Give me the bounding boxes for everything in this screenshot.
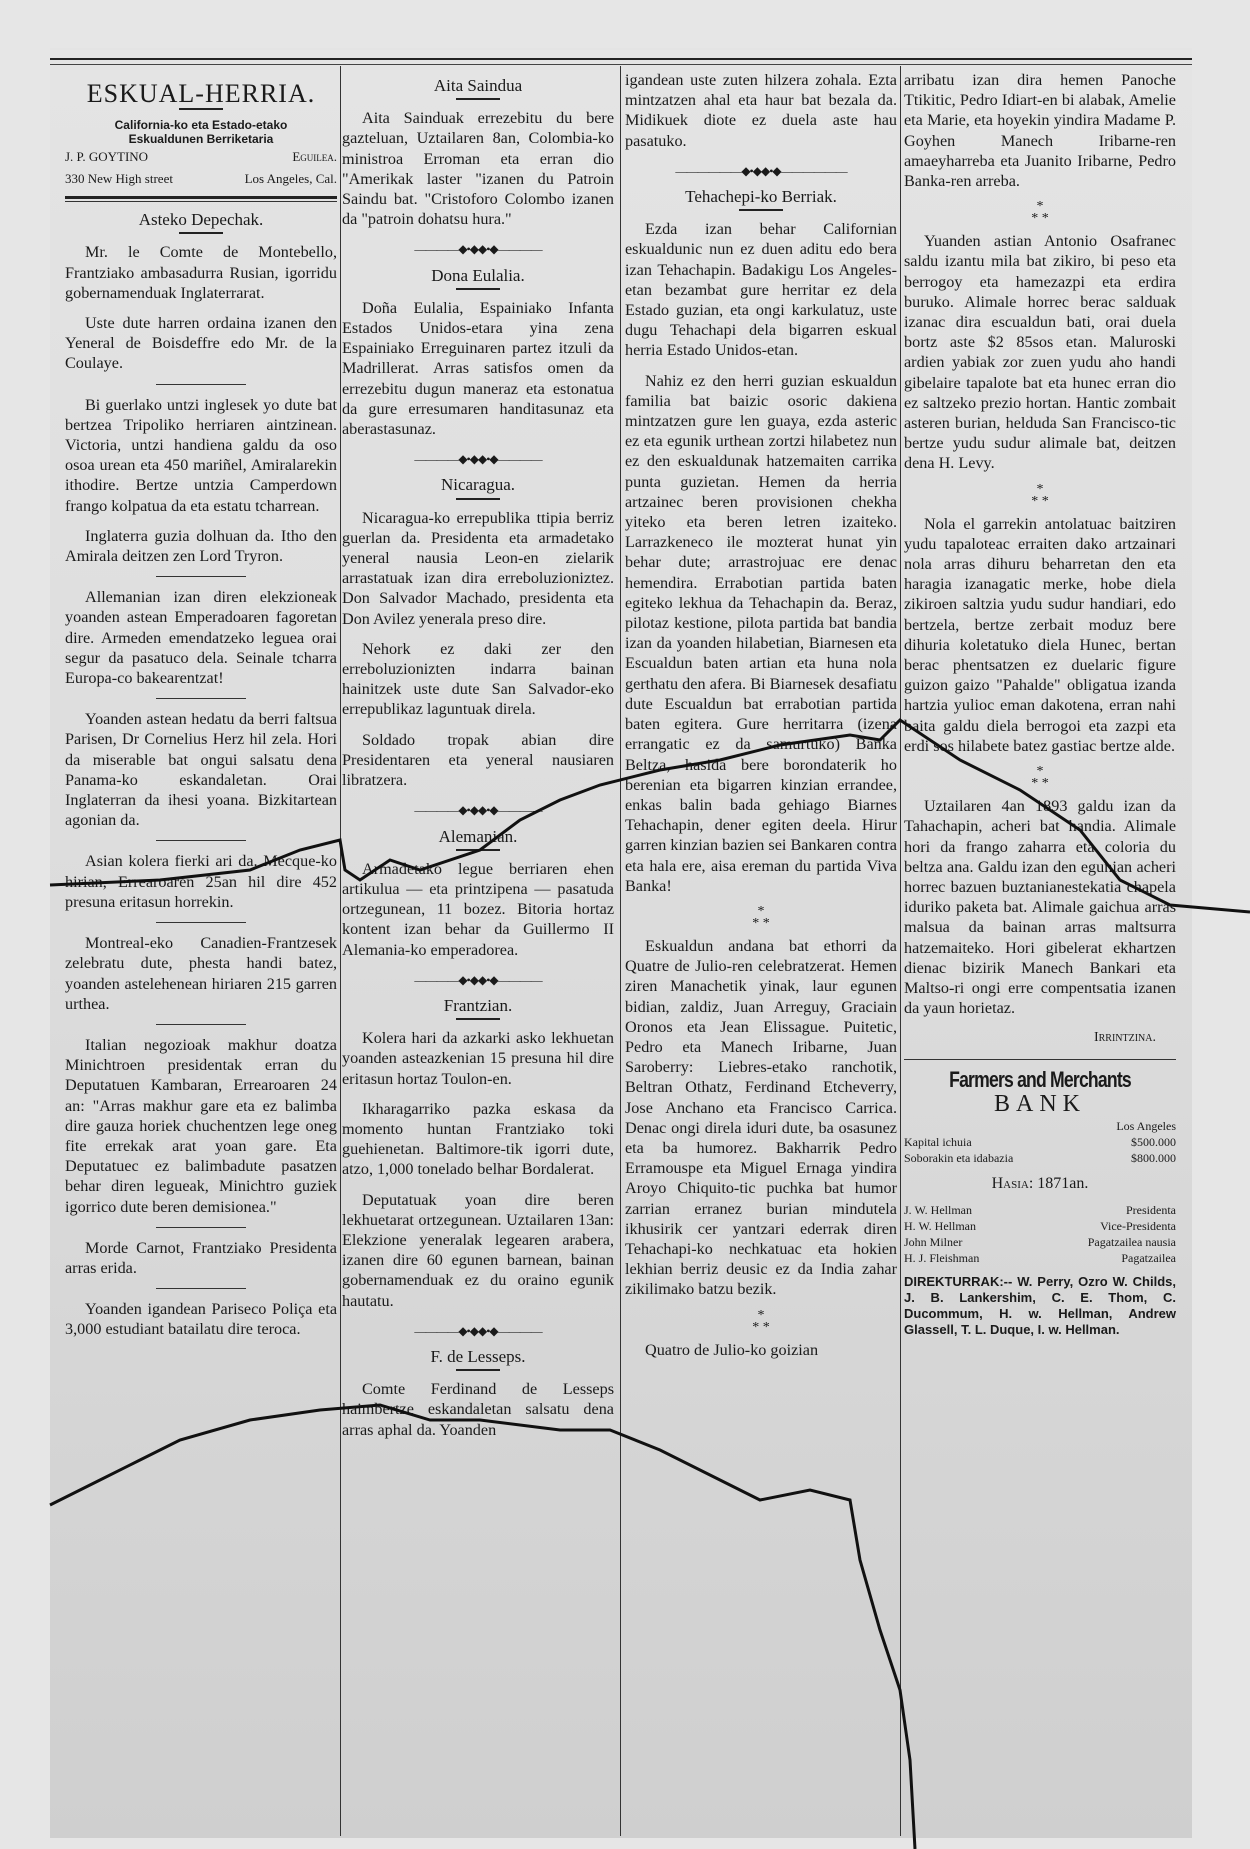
masthead-title: ESKUAL-HERRIA. — [65, 84, 337, 104]
bank-ad-city: Los Angeles — [904, 1118, 1176, 1134]
editor-name: J. P. GOYTINO — [65, 146, 148, 168]
top-rule-thin — [50, 64, 1192, 65]
column-rule — [900, 66, 901, 1836]
article-paragraph: Aita Sainduak errezebitu du bere gaztelu… — [342, 108, 614, 229]
divider — [456, 288, 500, 290]
section-heading: Tehachepi-ko Berriak. — [625, 187, 897, 207]
divider — [156, 698, 246, 699]
article-paragraph: Italian negozioak makhur doatza Minichtr… — [65, 1035, 337, 1217]
article-paragraph: Ikharagarriko pazka eskasa da momento hu… — [342, 1099, 614, 1180]
officer-name: John Milner — [904, 1234, 962, 1250]
officer-role: Vice-Presidenta — [1100, 1218, 1176, 1234]
column-2-body: Aita SainduaAita Sainduak errezebitu du … — [342, 76, 614, 1440]
article-paragraph: Uste dute harren ordaina izanen den Yene… — [65, 313, 337, 374]
article-paragraph: arribatu izan dira hemen Panoche Ttikiti… — [904, 70, 1176, 191]
bank-capital-row: Kapital ichuia $500.000 — [904, 1134, 1176, 1150]
capital-value: $500.000 — [1131, 1134, 1176, 1150]
divider — [456, 1369, 500, 1371]
officer-row: J. W. HellmanPresidenta — [904, 1202, 1176, 1218]
divider — [456, 849, 500, 851]
address: 330 New High street — [65, 168, 173, 190]
column-1: ESKUAL-HERRIA. California-ko eta Estado-… — [65, 70, 337, 1350]
divider — [179, 108, 223, 110]
article-paragraph: Mr. le Comte de Montebello, Frantziako a… — [65, 242, 337, 303]
editor-row: J. P. GOYTINO Eguilea. — [65, 146, 337, 168]
asterism: ** * — [904, 201, 1176, 225]
surplus-label: Soborakin eta idabazia — [904, 1150, 1013, 1166]
ornament-divider: ——————◆•◆◆•◆—————— — [625, 161, 897, 181]
asterism: ** * — [904, 766, 1176, 790]
divider — [739, 209, 783, 211]
divider — [156, 384, 246, 385]
bank-ad-subtitle: BANK — [904, 1094, 1176, 1114]
directors-label: DIREKTURRAK:-- — [904, 1274, 1012, 1289]
column-1-body: Mr. le Comte de Montebello, Frantziako a… — [65, 242, 337, 1339]
founded-value: 1871an. — [1037, 1175, 1088, 1192]
article-paragraph: Morde Carnot, Frantziako Presidenta arra… — [65, 1238, 337, 1278]
officer-role: Presidenta — [1126, 1202, 1176, 1218]
article-paragraph: Nehork ez daki zer den erreboluzionizten… — [342, 639, 614, 720]
column-2: Aita SainduaAita Sainduak errezebitu du … — [342, 70, 614, 1450]
bank-directors: DIREKTURRAK:-- W. Perry, Ozro W. Childs,… — [904, 1274, 1176, 1338]
divider — [456, 498, 500, 500]
article-paragraph: Deputatuak yoan dire beren lekhuetarat o… — [342, 1190, 614, 1311]
article-paragraph: Soldado tropak abian dire Presidentaren … — [342, 730, 614, 791]
editor-role: Eguilea. — [292, 146, 337, 168]
section-heading: Nicaragua. — [342, 475, 614, 495]
divider — [904, 1059, 1176, 1060]
divider — [156, 1288, 246, 1289]
divider — [456, 98, 500, 100]
article-paragraph: Eskualdun andana bat ethorri da Quatre d… — [625, 936, 897, 1300]
column-3-body: Ezda izan behar Californian eskualdunic … — [625, 219, 897, 1360]
divider — [156, 922, 246, 923]
officer-role: Pagatzailea — [1121, 1250, 1176, 1266]
section-heading: Dona Eulalia. — [342, 266, 614, 286]
capital-label: Kapital ichuia — [904, 1134, 972, 1150]
article-paragraph: Quatro de Julio-ko goizian — [625, 1340, 897, 1360]
ornament-divider: ————◆•◆◆•◆———— — [342, 449, 614, 469]
asterism: ** * — [625, 1310, 897, 1334]
section-heading: Frantzian. — [342, 996, 614, 1016]
article-paragraph: Allemanian izan diren elekzioneak yoande… — [65, 587, 337, 688]
article-paragraph: Yuanden astian Antonio Osafranec saldu i… — [904, 231, 1176, 473]
divider — [156, 1024, 246, 1025]
masthead-subtitle-2: Eskualdunen Berriketaria — [65, 132, 337, 146]
ornament-divider: ————◆•◆◆•◆———— — [342, 800, 614, 820]
asterism: ** * — [625, 906, 897, 930]
article-paragraph: Asian kolera fierki ari da. Mecque-ko hi… — [65, 851, 337, 912]
address-row: 330 New High street Los Angeles, Cal. — [65, 168, 337, 190]
officer-name: H. W. Hellman — [904, 1218, 976, 1234]
article-paragraph: Inglaterra guzia dolhuan da. Itho den Am… — [65, 526, 337, 566]
column-rule — [620, 66, 621, 1836]
section-heading: Alemanian. — [342, 827, 614, 847]
article-paragraph: Nola el garrekin antolatuac baitziren yu… — [904, 514, 1176, 756]
column-4-body: ** *Yuanden astian Antonio Osafranec sal… — [904, 201, 1176, 1018]
double-rule — [65, 196, 337, 202]
ornament-divider: ————◆•◆◆•◆———— — [342, 970, 614, 990]
article-paragraph: Comte Ferdinand de Lesseps haimbertze es… — [342, 1379, 614, 1440]
article-paragraph: Uztailaren 4an 1893 galdu izan da Tahach… — [904, 796, 1176, 1018]
officer-row: H. J. FleishmanPagatzailea — [904, 1250, 1176, 1266]
bank-founded: Hasia: 1871an. — [904, 1174, 1176, 1194]
officer-row: H. W. HellmanVice-Presidenta — [904, 1218, 1176, 1234]
officer-role: Pagatzailea nausia — [1088, 1234, 1176, 1250]
article-paragraph: Yoanden igandean Pariseco Poliça eta 3,0… — [65, 1299, 337, 1339]
bank-surplus-row: Soborakin eta idabazia $800.000 — [904, 1150, 1176, 1166]
divider — [156, 840, 246, 841]
article-paragraph: Armadetako legue berriaren ehen artikulu… — [342, 859, 614, 960]
bank-officers: J. W. HellmanPresidentaH. W. HellmanVice… — [904, 1202, 1176, 1266]
section-heading: F. de Lesseps. — [342, 1347, 614, 1367]
article-paragraph: Ezda izan behar Californian eskualdunic … — [625, 219, 897, 360]
article-paragraph: igandean uste zuten hilzera zohala. Ezta… — [625, 70, 897, 151]
founded-label: Hasia: — [992, 1175, 1034, 1192]
signature: Irrintzina. — [924, 1028, 1156, 1048]
bank-ad-title: Farmers and Merchants — [931, 1070, 1149, 1090]
officer-name: H. J. Fleishman — [904, 1250, 979, 1266]
article-paragraph: Kolera hari da azkarki asko lekhuetan yo… — [342, 1028, 614, 1089]
asterism: ** * — [904, 484, 1176, 508]
divider — [456, 1018, 500, 1020]
article-paragraph: Yoanden astean hedatu da berri faltsua P… — [65, 709, 337, 830]
masthead-subtitle-1: California-ko eta Estado-etako — [65, 118, 337, 132]
article-paragraph: Doña Eulalia, Espainiako Infanta Estados… — [342, 298, 614, 439]
divider — [156, 576, 246, 577]
section-heading: Asteko Depechak. — [65, 210, 337, 230]
divider — [179, 232, 223, 234]
article-paragraph: Nahiz ez den herri guzian eskualdun fami… — [625, 371, 897, 896]
top-rule — [50, 58, 1192, 60]
divider — [156, 1227, 246, 1228]
section-heading: Aita Saindua — [342, 76, 614, 96]
article-paragraph: Nicaragua-ko errepublika ttipia berriz g… — [342, 508, 614, 629]
article-paragraph: Bi guerlako untzi inglesek yo dute bat b… — [65, 395, 337, 516]
column-rule — [340, 66, 341, 1836]
ornament-divider: ————◆•◆◆•◆———— — [342, 1321, 614, 1341]
city: Los Angeles, Cal. — [245, 168, 337, 190]
officer-name: J. W. Hellman — [904, 1202, 972, 1218]
column-3: igandean uste zuten hilzera zohala. Ezta… — [625, 70, 897, 1370]
officer-row: John MilnerPagatzailea nausia — [904, 1234, 1176, 1250]
article-paragraph: Montreal-eko Canadien-Frantzesek zelebra… — [65, 933, 337, 1014]
column-4: arribatu izan dira hemen Panoche Ttikiti… — [904, 70, 1176, 1338]
surplus-value: $800.000 — [1131, 1150, 1176, 1166]
ornament-divider: ————◆•◆◆•◆———— — [342, 239, 614, 259]
